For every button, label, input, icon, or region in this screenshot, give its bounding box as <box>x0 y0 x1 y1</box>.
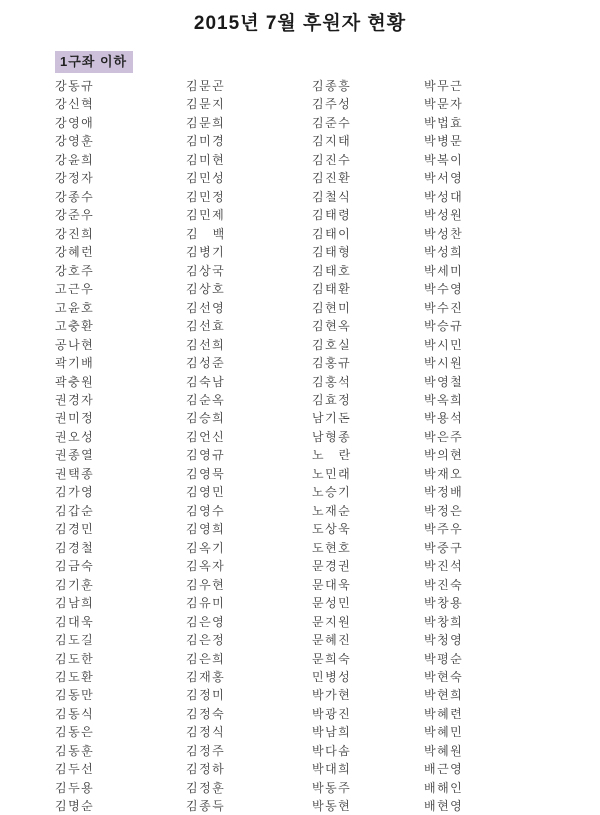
donor-name: 박정배 <box>424 483 549 501</box>
donor-name: 민병성 <box>312 668 437 686</box>
donor-name: 김재홍 <box>186 668 311 686</box>
donor-name: 김영희 <box>186 520 311 538</box>
donor-name: 김영수 <box>186 502 311 520</box>
donor-name: 김 백 <box>186 225 311 243</box>
donor-name: 문성민 <box>312 594 437 612</box>
donor-name: 박복이 <box>424 151 549 169</box>
donor-name: 노재순 <box>312 502 437 520</box>
donor-name: 김언신 <box>186 428 311 446</box>
donor-name: 노 란 <box>312 446 437 464</box>
donor-name: 박수영 <box>424 280 549 298</box>
donor-name: 박정은 <box>424 502 549 520</box>
donor-name: 박의현 <box>424 446 549 464</box>
donor-name: 박진숙 <box>424 576 549 594</box>
donor-name: 도상욱 <box>312 520 437 538</box>
donor-name: 강윤희 <box>55 151 180 169</box>
donor-name: 김지태 <box>312 132 437 150</box>
donor-name: 박남희 <box>312 723 437 741</box>
donor-name: 김선효 <box>186 317 311 335</box>
donor-name: 박진석 <box>424 557 549 575</box>
donor-name: 김경민 <box>55 520 180 538</box>
donor-name: 김태형 <box>312 243 437 261</box>
donor-name: 김상국 <box>186 262 311 280</box>
donor-name: 김현미 <box>312 299 437 317</box>
donor-name: 박성원 <box>424 206 549 224</box>
donor-name: 김영규 <box>186 446 311 464</box>
donor-name: 김순옥 <box>186 391 311 409</box>
donor-name: 김호실 <box>312 336 437 354</box>
donor-name: 김옥자 <box>186 557 311 575</box>
donor-name: 배해인 <box>424 779 549 797</box>
donor-name: 박가현 <box>312 686 437 704</box>
donor-name: 노민래 <box>312 465 437 483</box>
donor-name: 곽충원 <box>55 373 180 391</box>
donor-name: 김동만 <box>55 686 180 704</box>
donor-name: 강준우 <box>55 206 180 224</box>
donor-name: 공나현 <box>55 336 180 354</box>
donor-name: 김문희 <box>186 114 311 132</box>
donor-name: 김홍석 <box>312 373 437 391</box>
donor-name: 김문곤 <box>186 77 311 95</box>
donor-name: 박무근 <box>424 77 549 95</box>
donor-name: 박승규 <box>424 317 549 335</box>
donor-column-4: 박무근박문자박법효박병문박복이박서영박성대박성원박성찬박성희박세미박수영박수진박… <box>424 77 549 815</box>
donor-name: 배현영 <box>424 797 549 815</box>
donor-name: 박재오 <box>424 465 549 483</box>
donor-name: 박현희 <box>424 686 549 704</box>
donor-name: 김은정 <box>186 631 311 649</box>
donor-name: 박청영 <box>424 631 549 649</box>
donor-name: 남형종 <box>312 428 437 446</box>
donor-name: 박광진 <box>312 705 437 723</box>
donor-name: 김종흥 <box>312 77 437 95</box>
donor-name: 박혜민 <box>424 723 549 741</box>
donor-name: 김도길 <box>55 631 180 649</box>
donor-name: 김경철 <box>55 539 180 557</box>
donor-name: 박법효 <box>424 114 549 132</box>
donor-name: 박옥희 <box>424 391 549 409</box>
donor-name-columns: 강동규강신혁강영애강영훈강윤희강정자강종수강준우강진희강혜런강호주고근우고윤호고… <box>0 77 600 815</box>
donor-name: 권경자 <box>55 391 180 409</box>
donor-name: 박서영 <box>424 169 549 187</box>
donor-name: 김진환 <box>312 169 437 187</box>
donor-column-2: 김문곤김문지김문희김미경김미현김민성김민정김민제김 백김병기김상국김상호김선영김… <box>186 77 311 815</box>
donor-name: 박영철 <box>424 373 549 391</box>
document-page: 2015년 7월 후원자 현황 1구좌 이하 강동규강신혁강영애강영훈강윤희강정… <box>0 0 600 815</box>
donor-name: 권택종 <box>55 465 180 483</box>
donor-name: 김철식 <box>312 188 437 206</box>
donor-name: 배근영 <box>424 760 549 778</box>
donor-name: 강진희 <box>55 225 180 243</box>
donor-name: 고윤호 <box>55 299 180 317</box>
donor-name: 박창용 <box>424 594 549 612</box>
donor-name: 고근우 <box>55 280 180 298</box>
donor-name: 김갑순 <box>55 502 180 520</box>
donor-name: 박시민 <box>424 336 549 354</box>
donor-name: 김은희 <box>186 650 311 668</box>
donor-name: 박혜련 <box>424 705 549 723</box>
donor-name: 문혜진 <box>312 631 437 649</box>
donor-name: 김남희 <box>55 594 180 612</box>
section-header-1-account-or-less: 1구좌 이하 <box>55 51 133 73</box>
donor-name: 박문자 <box>424 95 549 113</box>
donor-name: 도현호 <box>312 539 437 557</box>
donor-name: 박평순 <box>424 650 549 668</box>
donor-name: 권오성 <box>55 428 180 446</box>
donor-name: 김가영 <box>55 483 180 501</box>
donor-name: 박병문 <box>424 132 549 150</box>
donor-name: 김동훈 <box>55 742 180 760</box>
donor-name: 강혜런 <box>55 243 180 261</box>
donor-name: 박세미 <box>424 262 549 280</box>
donor-name: 강영애 <box>55 114 180 132</box>
page-title: 2015년 7월 후원자 현황 <box>0 8 600 35</box>
donor-name: 김미현 <box>186 151 311 169</box>
donor-name: 김주성 <box>312 95 437 113</box>
donor-name: 김홍규 <box>312 354 437 372</box>
donor-name: 박대희 <box>312 760 437 778</box>
donor-name: 강영훈 <box>55 132 180 150</box>
donor-name: 박성희 <box>424 243 549 261</box>
donor-name: 박은주 <box>424 428 549 446</box>
donor-name: 김태령 <box>312 206 437 224</box>
donor-name: 박다솜 <box>312 742 437 760</box>
donor-name: 박성찬 <box>424 225 549 243</box>
donor-name: 강정자 <box>55 169 180 187</box>
donor-name: 김정숙 <box>186 705 311 723</box>
donor-name: 강신혁 <box>55 95 180 113</box>
donor-name: 김현옥 <box>312 317 437 335</box>
donor-name: 권종열 <box>55 446 180 464</box>
donor-name: 김병기 <box>186 243 311 261</box>
donor-name: 김정주 <box>186 742 311 760</box>
donor-name: 김우현 <box>186 576 311 594</box>
donor-name: 박성대 <box>424 188 549 206</box>
donor-name: 강종수 <box>55 188 180 206</box>
donor-name: 김명순 <box>55 797 180 815</box>
donor-name: 김태호 <box>312 262 437 280</box>
donor-name: 김도환 <box>55 668 180 686</box>
donor-column-1: 강동규강신혁강영애강영훈강윤희강정자강종수강준우강진희강혜런강호주고근우고윤호고… <box>55 77 180 815</box>
donor-name: 박주우 <box>424 520 549 538</box>
donor-name: 박동주 <box>312 779 437 797</box>
donor-name: 김정미 <box>186 686 311 704</box>
donor-name: 박용석 <box>424 409 549 427</box>
donor-name: 김민정 <box>186 188 311 206</box>
donor-name: 김정하 <box>186 760 311 778</box>
donor-name: 김승희 <box>186 409 311 427</box>
donor-name: 강동규 <box>55 77 180 95</box>
donor-name: 박수진 <box>424 299 549 317</box>
donor-name: 강호주 <box>55 262 180 280</box>
donor-name: 김동식 <box>55 705 180 723</box>
donor-name: 문지원 <box>312 613 437 631</box>
donor-name: 김정식 <box>186 723 311 741</box>
donor-name: 김민성 <box>186 169 311 187</box>
donor-name: 김영민 <box>186 483 311 501</box>
donor-name: 김준수 <box>312 114 437 132</box>
donor-name: 문희숙 <box>312 650 437 668</box>
donor-name: 김숙남 <box>186 373 311 391</box>
donor-name: 김선영 <box>186 299 311 317</box>
donor-name: 김옥기 <box>186 539 311 557</box>
donor-name: 김선희 <box>186 336 311 354</box>
donor-name: 문대욱 <box>312 576 437 594</box>
donor-name: 김민제 <box>186 206 311 224</box>
donor-name: 문경권 <box>312 557 437 575</box>
donor-name: 박현숙 <box>424 668 549 686</box>
donor-name: 박혜원 <box>424 742 549 760</box>
donor-name: 김금숙 <box>55 557 180 575</box>
donor-name: 김정훈 <box>186 779 311 797</box>
donor-name: 김유미 <box>186 594 311 612</box>
donor-name: 곽기배 <box>55 354 180 372</box>
donor-name: 박시원 <box>424 354 549 372</box>
donor-name: 김은영 <box>186 613 311 631</box>
donor-name: 김상호 <box>186 280 311 298</box>
donor-name: 김진수 <box>312 151 437 169</box>
donor-name: 김대욱 <box>55 613 180 631</box>
donor-name: 김효정 <box>312 391 437 409</box>
donor-name: 김도한 <box>55 650 180 668</box>
donor-name: 김두선 <box>55 760 180 778</box>
donor-name: 김두용 <box>55 779 180 797</box>
donor-name: 김기훈 <box>55 576 180 594</box>
donor-name: 김종득 <box>186 797 311 815</box>
donor-name: 박중구 <box>424 539 549 557</box>
donor-name: 김미경 <box>186 132 311 150</box>
donor-name: 남기돈 <box>312 409 437 427</box>
donor-name: 김태이 <box>312 225 437 243</box>
donor-name: 박동현 <box>312 797 437 815</box>
donor-name: 노승기 <box>312 483 437 501</box>
donor-name: 김영묵 <box>186 465 311 483</box>
donor-name: 김문지 <box>186 95 311 113</box>
donor-name: 권미정 <box>55 409 180 427</box>
donor-name: 박창희 <box>424 613 549 631</box>
donor-name: 김태환 <box>312 280 437 298</box>
donor-column-3: 김종흥김주성김준수김지태김진수김진환김철식김태령김태이김태형김태호김태환김현미김… <box>312 77 437 815</box>
donor-name: 김동은 <box>55 723 180 741</box>
donor-name: 고충환 <box>55 317 180 335</box>
donor-name: 김성준 <box>186 354 311 372</box>
